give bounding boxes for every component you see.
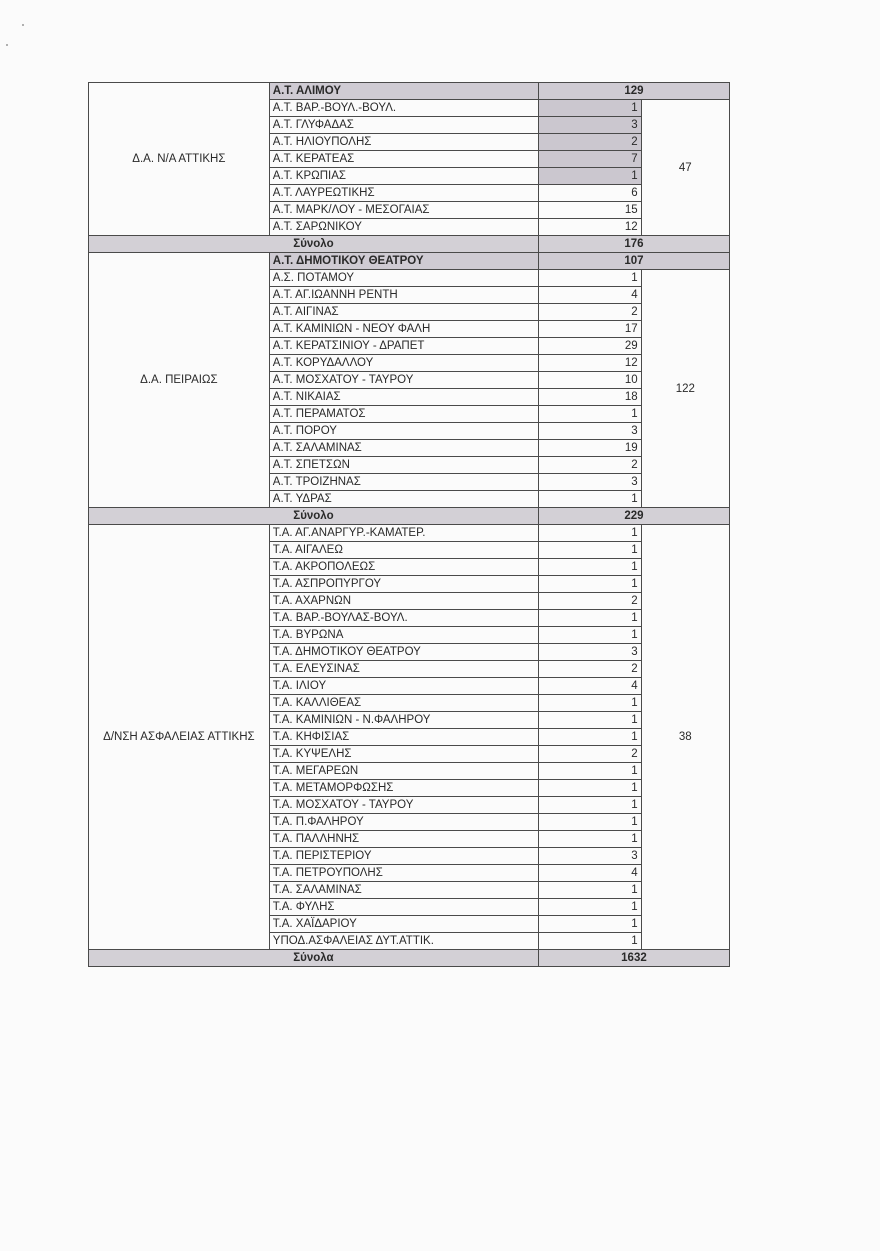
table-row-sum: Σύνολα1632: [89, 950, 730, 967]
station-count: 3: [538, 117, 641, 134]
station-name: Τ.Α. ΠΕΡΙΣΤΕΡΙΟΥ: [269, 848, 538, 865]
station-count: 4: [538, 678, 641, 695]
station-count: 1: [538, 814, 641, 831]
station-count: 1: [538, 695, 641, 712]
station-count: 10: [538, 372, 641, 389]
station-name: Τ.Α. ΚΑΛΛΙΘΕΑΣ: [269, 695, 538, 712]
sum-value: 229: [538, 508, 729, 525]
station-count: 19: [538, 440, 641, 457]
station-count: 18: [538, 389, 641, 406]
station-count: 2: [538, 593, 641, 610]
station-name: Α.Τ. ΠΟΡΟΥ: [269, 423, 538, 440]
station-count: 1: [538, 763, 641, 780]
sum-value: 176: [538, 236, 729, 253]
station-name: Τ.Α. ΑΣΠΡΟΠΥΡΓΟΥ: [269, 576, 538, 593]
station-count: 1: [538, 576, 641, 593]
department-name: Δ.Α. Ν/Α ΑΤΤΙΚΗΣ: [89, 83, 270, 236]
station-name: Α.Τ. ΗΛΙΟΥΠΟΛΗΣ: [269, 134, 538, 151]
station-name: Α.Τ. ΑΙΓΙΝΑΣ: [269, 304, 538, 321]
station-name: Α.Τ. ΝΙΚΑΙΑΣ: [269, 389, 538, 406]
station-name: Α.Τ. ΥΔΡΑΣ: [269, 491, 538, 508]
station-count: 12: [538, 355, 641, 372]
table-row-sum: Σύνολο176: [89, 236, 730, 253]
group-total: 38: [641, 525, 729, 950]
station-name: Α.Τ. ΚΑΜΙΝΙΩΝ - ΝΕΟΥ ΦΑΛΗ: [269, 321, 538, 338]
head-station-name: Α.Τ. ΑΛΙΜΟΥ: [269, 83, 538, 100]
station-count: 1: [538, 491, 641, 508]
station-count: 1: [538, 797, 641, 814]
sum-value: 1632: [538, 950, 729, 967]
station-name: Α.Σ. ΠΟΤΑΜΟΥ: [269, 270, 538, 287]
department-name: Δ/ΝΣΗ ΑΣΦΑΛΕΙΑΣ ΑΤΤΙΚΗΣ: [89, 525, 270, 950]
station-name: Τ.Α. ΜΕΤΑΜΟΡΦΩΣΗΣ: [269, 780, 538, 797]
station-count: 3: [538, 423, 641, 440]
station-name: Τ.Α. ΒΥΡΩΝΑ: [269, 627, 538, 644]
sum-label: Σύνολο: [89, 236, 539, 253]
table-row-head-station: Δ.Α. Ν/Α ΑΤΤΙΚΗΣΑ.Τ. ΑΛΙΜΟΥ129: [89, 83, 730, 100]
table-row-head-station: Δ.Α. ΠΕΙΡΑΙΩΣΑ.Τ. ΔΗΜΟΤΙΚΟΥ ΘΕΑΤΡΟΥ107: [89, 253, 730, 270]
department-name: Δ.Α. ΠΕΙΡΑΙΩΣ: [89, 253, 270, 508]
station-count: 1: [538, 610, 641, 627]
station-name: Τ.Α. ΒΑΡ.-ΒΟΥΛΑΣ-ΒΟΥΛ.: [269, 610, 538, 627]
station-name: Τ.Α. ΣΑΛΑΜΙΝΑΣ: [269, 882, 538, 899]
station-name: Α.Τ. ΚΕΡΑΤΕΑΣ: [269, 151, 538, 168]
station-count: 15: [538, 202, 641, 219]
station-count: 1: [538, 525, 641, 542]
group-total: 47: [641, 100, 729, 236]
station-name: Α.Τ. ΣΠΕΤΣΩΝ: [269, 457, 538, 474]
scan-mark: [22, 24, 24, 26]
station-name: Τ.Α. ΜΟΣΧΑΤΟΥ - ΤΑΥΡΟΥ: [269, 797, 538, 814]
station-name: Τ.Α. ΚΑΜΙΝΙΩΝ - Ν.ΦΑΛΗΡΟΥ: [269, 712, 538, 729]
table-body: Δ.Α. Ν/Α ΑΤΤΙΚΗΣΑ.Τ. ΑΛΙΜΟΥ129Α.Τ. ΒΑΡ.-…: [89, 83, 730, 967]
head-station-name: Α.Τ. ΔΗΜΟΤΙΚΟΥ ΘΕΑΤΡΟΥ: [269, 253, 538, 270]
table-row: Δ/ΝΣΗ ΑΣΦΑΛΕΙΑΣ ΑΤΤΙΚΗΣΤ.Α. ΑΓ.ΑΝΑΡΓΥΡ.-…: [89, 525, 730, 542]
station-name: Τ.Α. Π.ΦΑΛΗΡΟΥ: [269, 814, 538, 831]
station-count: 6: [538, 185, 641, 202]
station-count: 1: [538, 882, 641, 899]
sum-label: Σύνολο: [89, 508, 539, 525]
station-name: Α.Τ. ΒΑΡ.-ΒΟΥΛ.-ΒΟΥΛ.: [269, 100, 538, 117]
station-name: Τ.Α. ΜΕΓΑΡΕΩΝ: [269, 763, 538, 780]
station-name: Τ.Α. ΠΑΛΛΗΝΗΣ: [269, 831, 538, 848]
station-name: Τ.Α. ΑΙΓΑΛΕΩ: [269, 542, 538, 559]
station-name: Α.Τ. ΛΑΥΡΕΩΤΙΚΗΣ: [269, 185, 538, 202]
group-total: 122: [641, 270, 729, 508]
station-count: 4: [538, 287, 641, 304]
station-count: 2: [538, 746, 641, 763]
station-count: 12: [538, 219, 641, 236]
table-row-sum: Σύνολο229: [89, 508, 730, 525]
station-name: Α.Τ. ΣΑΡΩΝΙΚΟΥ: [269, 219, 538, 236]
station-name: Τ.Α. ΚΗΦΙΣΙΑΣ: [269, 729, 538, 746]
station-count: 2: [538, 457, 641, 474]
station-name: Τ.Α. ΑΧΑΡΝΩΝ: [269, 593, 538, 610]
station-name: Τ.Α. ΧΑΪΔΑΡΙΟΥ: [269, 916, 538, 933]
scan-mark: [6, 44, 8, 46]
station-count: 1: [538, 559, 641, 576]
station-name: Α.Τ. ΜΑΡΚ/ΛΟΥ - ΜΕΣΟΓΑΙΑΣ: [269, 202, 538, 219]
station-count: 17: [538, 321, 641, 338]
station-name: ΥΠΟΔ.ΑΣΦΑΛΕΙΑΣ ΔΥΤ.ΑΤΤΙΚ.: [269, 933, 538, 950]
station-name: Α.Τ. ΤΡΟΙΖΗΝΑΣ: [269, 474, 538, 491]
station-name: Τ.Α. ΔΗΜΟΤΙΚΟΥ ΘΕΑΤΡΟΥ: [269, 644, 538, 661]
station-count: 4: [538, 865, 641, 882]
station-count: 3: [538, 474, 641, 491]
station-count: 2: [538, 304, 641, 321]
station-name: Α.Τ. ΑΓ.ΙΩΑΝΝΗ ΡΕΝΤΗ: [269, 287, 538, 304]
station-count: 1: [538, 916, 641, 933]
station-count: 1: [538, 933, 641, 950]
station-name: Α.Τ. ΣΑΛΑΜΙΝΑΣ: [269, 440, 538, 457]
station-count: 1: [538, 406, 641, 423]
station-count: 1: [538, 899, 641, 916]
head-station-value: 129: [538, 83, 729, 100]
station-count: 1: [538, 100, 641, 117]
station-name: Τ.Α. ΑΓ.ΑΝΑΡΓΥΡ.-ΚΑΜΑΤΕΡ.: [269, 525, 538, 542]
station-name: Α.Τ. ΓΛΥΦΑΔΑΣ: [269, 117, 538, 134]
station-name: Α.Τ. ΚΕΡΑΤΣΙΝΙΟΥ - ΔΡΑΠΕΤ: [269, 338, 538, 355]
station-name: Α.Τ. ΠΕΡΑΜΑΤΟΣ: [269, 406, 538, 423]
station-count: 1: [538, 831, 641, 848]
station-count: 1: [538, 542, 641, 559]
station-name: Τ.Α. ΑΚΡΟΠΟΛΕΩΣ: [269, 559, 538, 576]
station-name: Τ.Α. ΦΥΛΗΣ: [269, 899, 538, 916]
station-count: 2: [538, 661, 641, 678]
station-count: 1: [538, 168, 641, 185]
station-count: 3: [538, 848, 641, 865]
station-name: Α.Τ. ΜΟΣΧΑΤΟΥ - ΤΑΥΡΟΥ: [269, 372, 538, 389]
station-name: Α.Τ. ΚΟΡΥΔΑΛΛΟΥ: [269, 355, 538, 372]
station-count: 3: [538, 644, 641, 661]
station-count: 1: [538, 780, 641, 797]
station-count: 1: [538, 712, 641, 729]
station-name: Τ.Α. ΙΛΙΟΥ: [269, 678, 538, 695]
station-name: Α.Τ. ΚΡΩΠΙΑΣ: [269, 168, 538, 185]
station-name: Τ.Α. ΚΥΨΕΛΗΣ: [269, 746, 538, 763]
station-count: 1: [538, 270, 641, 287]
station-count: 1: [538, 627, 641, 644]
station-count: 29: [538, 338, 641, 355]
station-count: 1: [538, 729, 641, 746]
sum-label: Σύνολα: [89, 950, 539, 967]
station-name: Τ.Α. ΕΛΕΥΣΙΝΑΣ: [269, 661, 538, 678]
statistics-table: Δ.Α. Ν/Α ΑΤΤΙΚΗΣΑ.Τ. ΑΛΙΜΟΥ129Α.Τ. ΒΑΡ.-…: [88, 82, 730, 967]
station-count: 2: [538, 134, 641, 151]
station-name: Τ.Α. ΠΕΤΡΟΥΠΟΛΗΣ: [269, 865, 538, 882]
head-station-value: 107: [538, 253, 729, 270]
station-count: 7: [538, 151, 641, 168]
